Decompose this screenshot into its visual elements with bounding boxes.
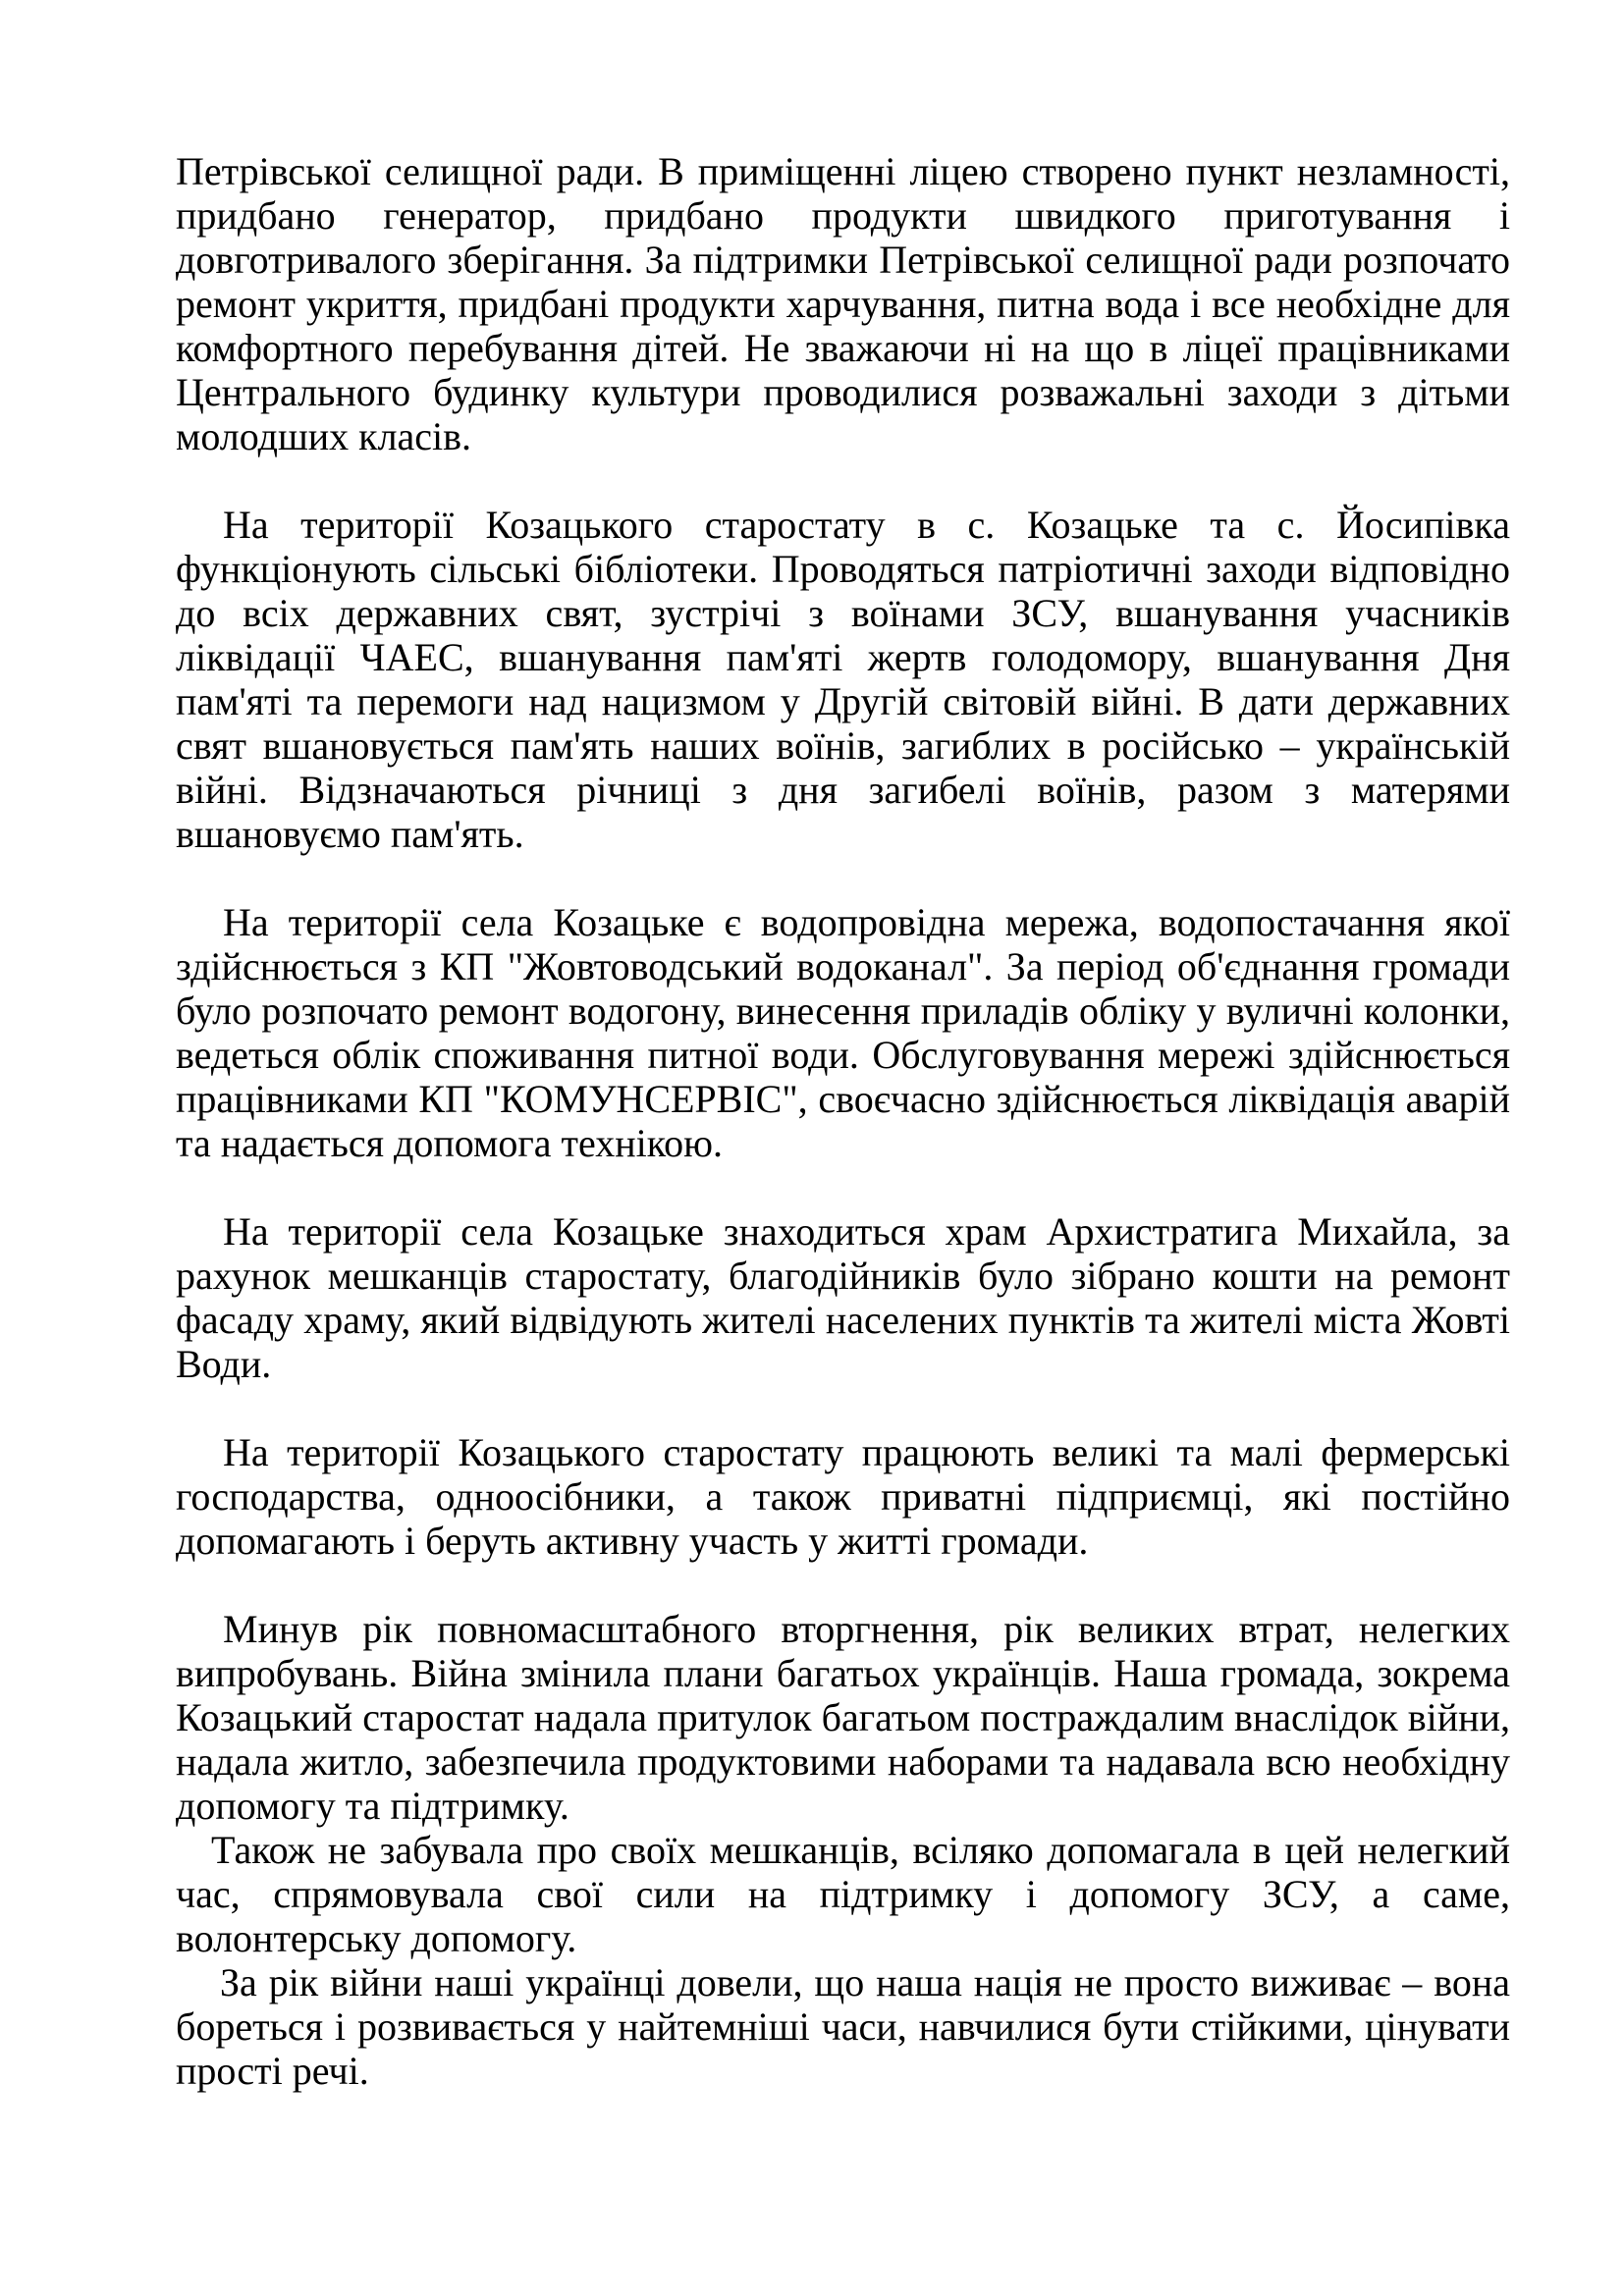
paragraph-farms: На території Козацького старостату працю… [176, 1430, 1510, 1563]
paragraph-libraries-memorials: На території Козацького старостату в с. … [176, 503, 1510, 856]
paragraph-nation-resilience: За рік війни наші українці довели, що на… [176, 1960, 1510, 2093]
paragraph-liceum-shelter: Петрівської селищної ради. В приміщенні … [176, 149, 1510, 458]
paragraph-year-of-invasion: Минув рік повномасштабного вторгнення, р… [176, 1607, 1510, 1828]
paragraph-water-network: На території села Козацьке є водопровідн… [176, 900, 1510, 1165]
document-page: Петрівської селищної ради. В приміщенні … [0, 0, 1624, 2296]
paragraph-church: На території села Козацьке знаходиться х… [176, 1209, 1510, 1386]
paragraph-volunteer-support: Також не забувала про своїх мешканців, в… [176, 1828, 1510, 1960]
